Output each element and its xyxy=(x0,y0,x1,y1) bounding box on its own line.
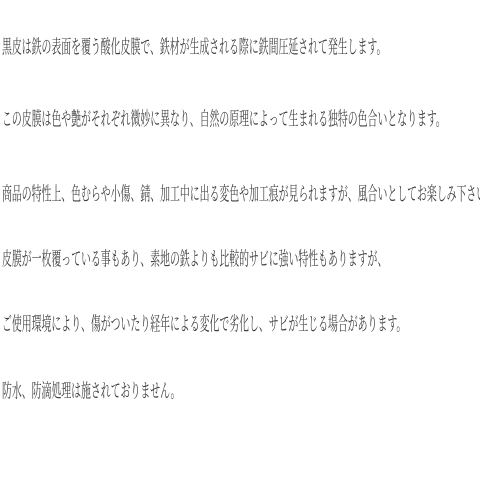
description-line-1: 黒皮は鉄の表面を覆う酸化皮膜で、鉄材が生成される際に鉄間圧延されて発生します。 xyxy=(2,37,386,59)
description-line-2: この皮膜は色や艶がそれぞれ微妙に異なり、自然の原理によって生まれる独特の色合いと… xyxy=(2,109,446,131)
description-line-4: 皮膜が一枚覆っている事もあり、素地の鉄よりも比較的サビに強い特性もありますが、 xyxy=(2,249,387,271)
description-line-5: ご使用環境により、傷がついたり経年による変化で劣化し、サビが生じる場合があります… xyxy=(2,314,406,336)
description-line-3: 商品の特性上、色むらや小傷、錆、加工中に出る変色や加工痕が見られますが、風合いと… xyxy=(2,184,480,206)
description-line-6: 防水、防滴処理は施されておりません。 xyxy=(2,381,180,403)
product-description-page: 黒皮は鉄の表面を覆う酸化皮膜で、鉄材が生成される際に鉄間圧延されて発生します。 … xyxy=(0,0,480,480)
